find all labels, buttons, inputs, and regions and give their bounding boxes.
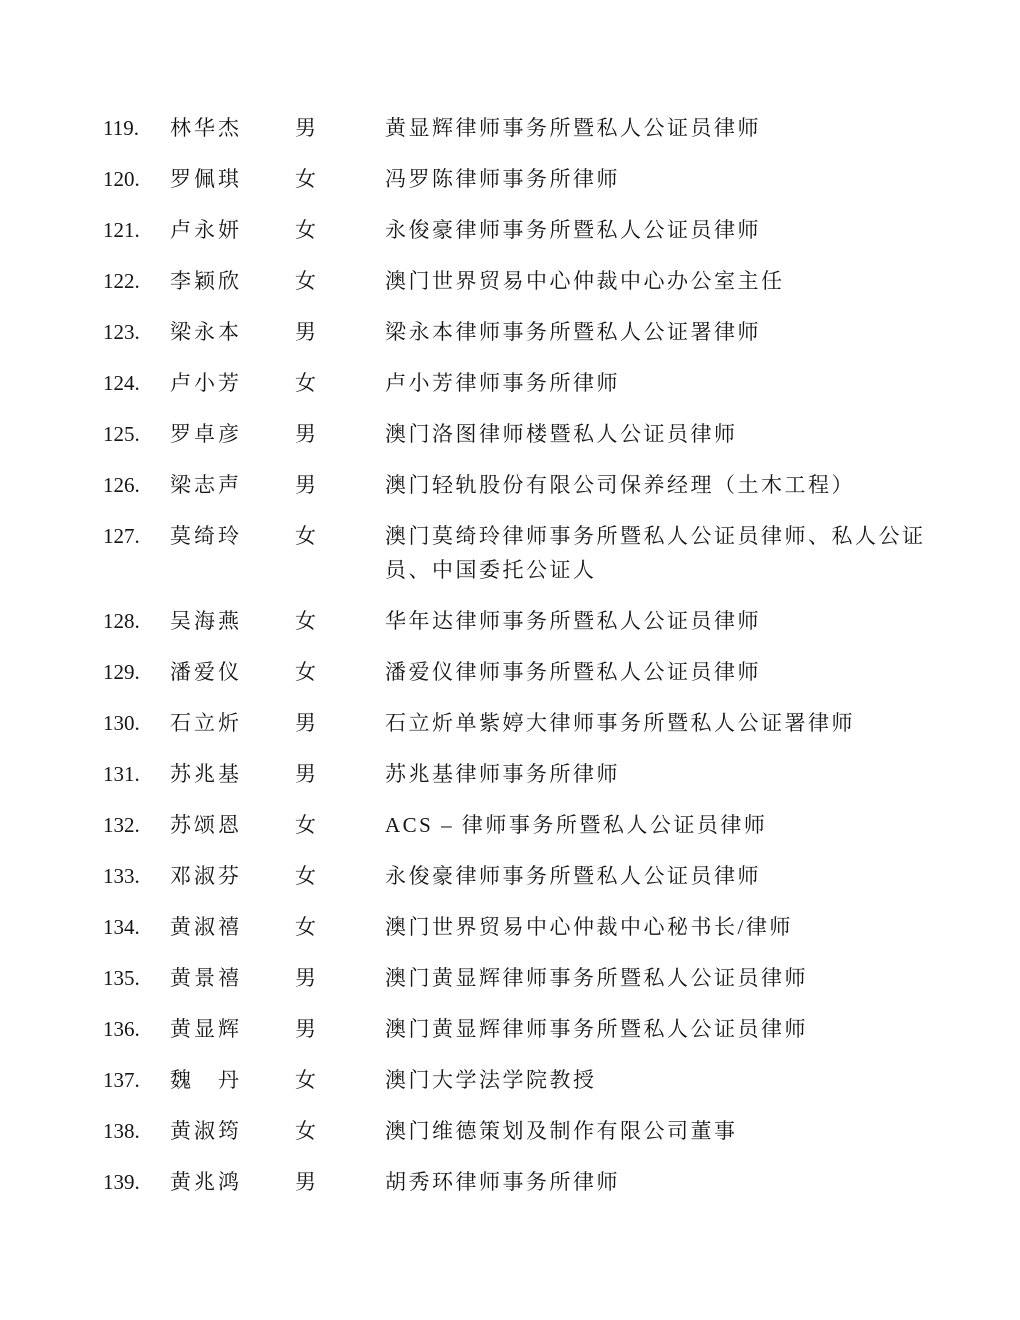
member-affiliation: 澳门世界贸易中心仲裁中心秘书长/律师 bbox=[385, 910, 931, 944]
member-name: 黄淑禧 bbox=[170, 910, 295, 944]
table-row: 131. 苏兆基 男 苏兆基律师事务所律师 bbox=[103, 757, 931, 791]
row-number: 121. bbox=[103, 213, 170, 247]
row-number: 129. bbox=[103, 655, 170, 689]
member-affiliation: 胡秀环律师事务所律师 bbox=[385, 1165, 931, 1199]
table-row: 124. 卢小芳 女 卢小芳律师事务所律师 bbox=[103, 366, 931, 400]
member-affiliation: 苏兆基律师事务所律师 bbox=[385, 757, 931, 791]
member-gender: 男 bbox=[295, 1165, 385, 1199]
member-gender: 男 bbox=[295, 757, 385, 791]
member-affiliation: 华年达律师事务所暨私人公证员律师 bbox=[385, 604, 931, 638]
member-name: 苏颂恩 bbox=[170, 808, 295, 842]
member-gender: 女 bbox=[295, 808, 385, 842]
row-number: 133. bbox=[103, 859, 170, 893]
table-row: 123. 梁永本 男 梁永本律师事务所暨私人公证署律师 bbox=[103, 315, 931, 349]
table-row: 130. 石立炘 男 石立炘单紫婷大律师事务所暨私人公证署律师 bbox=[103, 706, 931, 740]
member-gender: 男 bbox=[295, 706, 385, 740]
member-affiliation: 澳门维德策划及制作有限公司董事 bbox=[385, 1114, 931, 1148]
table-row: 134. 黄淑禧 女 澳门世界贸易中心仲裁中心秘书长/律师 bbox=[103, 910, 931, 944]
member-affiliation: 梁永本律师事务所暨私人公证署律师 bbox=[385, 315, 931, 349]
row-number: 134. bbox=[103, 910, 170, 944]
member-gender: 女 bbox=[295, 655, 385, 689]
row-number: 131. bbox=[103, 757, 170, 791]
member-gender: 女 bbox=[295, 519, 385, 553]
member-affiliation: 潘爱仪律师事务所暨私人公证员律师 bbox=[385, 655, 931, 689]
member-affiliation: 卢小芳律师事务所律师 bbox=[385, 366, 931, 400]
member-affiliation: 澳门黄显辉律师事务所暨私人公证员律师 bbox=[385, 1012, 931, 1046]
member-gender: 男 bbox=[295, 1012, 385, 1046]
row-number: 122. bbox=[103, 264, 170, 298]
member-gender: 女 bbox=[295, 1063, 385, 1097]
member-name: 石立炘 bbox=[170, 706, 295, 740]
row-number: 119. bbox=[103, 111, 170, 145]
member-gender: 女 bbox=[295, 604, 385, 638]
member-name: 梁志声 bbox=[170, 468, 295, 502]
member-affiliation: 澳门莫绮玲律师事务所暨私人公证员律师、私人公证员、中国委托公证人 bbox=[385, 519, 931, 587]
table-row: 121. 卢永妍 女 永俊豪律师事务所暨私人公证员律师 bbox=[103, 213, 931, 247]
member-gender: 女 bbox=[295, 859, 385, 893]
table-row: 122. 李颖欣 女 澳门世界贸易中心仲裁中心办公室主任 bbox=[103, 264, 931, 298]
member-name: 潘爱仪 bbox=[170, 655, 295, 689]
member-name: 邓淑芬 bbox=[170, 859, 295, 893]
table-row: 125. 罗卓彦 男 澳门洛图律师楼暨私人公证员律师 bbox=[103, 417, 931, 451]
member-name: 李颖欣 bbox=[170, 264, 295, 298]
member-gender: 女 bbox=[295, 162, 385, 196]
row-number: 132. bbox=[103, 808, 170, 842]
member-gender: 女 bbox=[295, 264, 385, 298]
row-number: 138. bbox=[103, 1114, 170, 1148]
member-name: 莫绮玲 bbox=[170, 519, 295, 553]
member-affiliation: 冯罗陈律师事务所律师 bbox=[385, 162, 931, 196]
member-name: 梁永本 bbox=[170, 315, 295, 349]
row-number: 136. bbox=[103, 1012, 170, 1046]
table-row: 135. 黄景禧 男 澳门黄显辉律师事务所暨私人公证员律师 bbox=[103, 961, 931, 995]
document-page: 119. 林华杰 男 黄显辉律师事务所暨私人公证员律师 120. 罗佩琪 女 冯… bbox=[0, 0, 1020, 1320]
member-gender: 女 bbox=[295, 910, 385, 944]
row-number: 139. bbox=[103, 1165, 170, 1199]
member-gender: 女 bbox=[295, 213, 385, 247]
member-affiliation: 澳门大学法学院教授 bbox=[385, 1063, 931, 1097]
member-name: 罗佩琪 bbox=[170, 162, 295, 196]
table-row: 136. 黄显辉 男 澳门黄显辉律师事务所暨私人公证员律师 bbox=[103, 1012, 931, 1046]
member-affiliation: 永俊豪律师事务所暨私人公证员律师 bbox=[385, 859, 931, 893]
member-gender: 男 bbox=[295, 315, 385, 349]
member-name: 苏兆基 bbox=[170, 757, 295, 791]
table-row: 127. 莫绮玲 女 澳门莫绮玲律师事务所暨私人公证员律师、私人公证员、中国委托… bbox=[103, 519, 931, 587]
member-name: 罗卓彦 bbox=[170, 417, 295, 451]
row-number: 127. bbox=[103, 519, 170, 553]
row-number: 124. bbox=[103, 366, 170, 400]
table-row: 119. 林华杰 男 黄显辉律师事务所暨私人公证员律师 bbox=[103, 111, 931, 145]
member-name: 卢永妍 bbox=[170, 213, 295, 247]
member-affiliation: 黄显辉律师事务所暨私人公证员律师 bbox=[385, 111, 931, 145]
member-name: 吴海燕 bbox=[170, 604, 295, 638]
table-row: 120. 罗佩琪 女 冯罗陈律师事务所律师 bbox=[103, 162, 931, 196]
row-number: 135. bbox=[103, 961, 170, 995]
member-name: 黄景禧 bbox=[170, 961, 295, 995]
row-number: 125. bbox=[103, 417, 170, 451]
member-affiliation: ACS – 律师事务所暨私人公证员律师 bbox=[385, 808, 931, 842]
member-gender: 男 bbox=[295, 468, 385, 502]
row-number: 130. bbox=[103, 706, 170, 740]
member-list: 119. 林华杰 男 黄显辉律师事务所暨私人公证员律师 120. 罗佩琪 女 冯… bbox=[103, 111, 931, 1216]
table-row: 128. 吴海燕 女 华年达律师事务所暨私人公证员律师 bbox=[103, 604, 931, 638]
member-affiliation: 永俊豪律师事务所暨私人公证员律师 bbox=[385, 213, 931, 247]
row-number: 123. bbox=[103, 315, 170, 349]
member-name: 林华杰 bbox=[170, 111, 295, 145]
row-number: 120. bbox=[103, 162, 170, 196]
member-affiliation: 石立炘单紫婷大律师事务所暨私人公证署律师 bbox=[385, 706, 931, 740]
member-gender: 男 bbox=[295, 961, 385, 995]
table-row: 126. 梁志声 男 澳门轻轨股份有限公司保养经理（土木工程） bbox=[103, 468, 931, 502]
member-name: 黄兆鸿 bbox=[170, 1165, 295, 1199]
member-affiliation: 澳门世界贸易中心仲裁中心办公室主任 bbox=[385, 264, 931, 298]
member-affiliation: 澳门轻轨股份有限公司保养经理（土木工程） bbox=[385, 468, 931, 502]
member-affiliation: 澳门洛图律师楼暨私人公证员律师 bbox=[385, 417, 931, 451]
member-gender: 女 bbox=[295, 1114, 385, 1148]
row-number: 126. bbox=[103, 468, 170, 502]
table-row: 138. 黄淑筠 女 澳门维德策划及制作有限公司董事 bbox=[103, 1114, 931, 1148]
table-row: 137. 魏 丹 女 澳门大学法学院教授 bbox=[103, 1063, 931, 1097]
member-gender: 男 bbox=[295, 111, 385, 145]
member-name: 卢小芳 bbox=[170, 366, 295, 400]
member-gender: 女 bbox=[295, 366, 385, 400]
row-number: 128. bbox=[103, 604, 170, 638]
member-gender: 男 bbox=[295, 417, 385, 451]
member-name: 魏 丹 bbox=[170, 1063, 295, 1097]
member-name: 黄淑筠 bbox=[170, 1114, 295, 1148]
table-row: 129. 潘爱仪 女 潘爱仪律师事务所暨私人公证员律师 bbox=[103, 655, 931, 689]
member-affiliation: 澳门黄显辉律师事务所暨私人公证员律师 bbox=[385, 961, 931, 995]
row-number: 137. bbox=[103, 1063, 170, 1097]
table-row: 133. 邓淑芬 女 永俊豪律师事务所暨私人公证员律师 bbox=[103, 859, 931, 893]
table-row: 139. 黄兆鸿 男 胡秀环律师事务所律师 bbox=[103, 1165, 931, 1199]
member-name: 黄显辉 bbox=[170, 1012, 295, 1046]
table-row: 132. 苏颂恩 女 ACS – 律师事务所暨私人公证员律师 bbox=[103, 808, 931, 842]
